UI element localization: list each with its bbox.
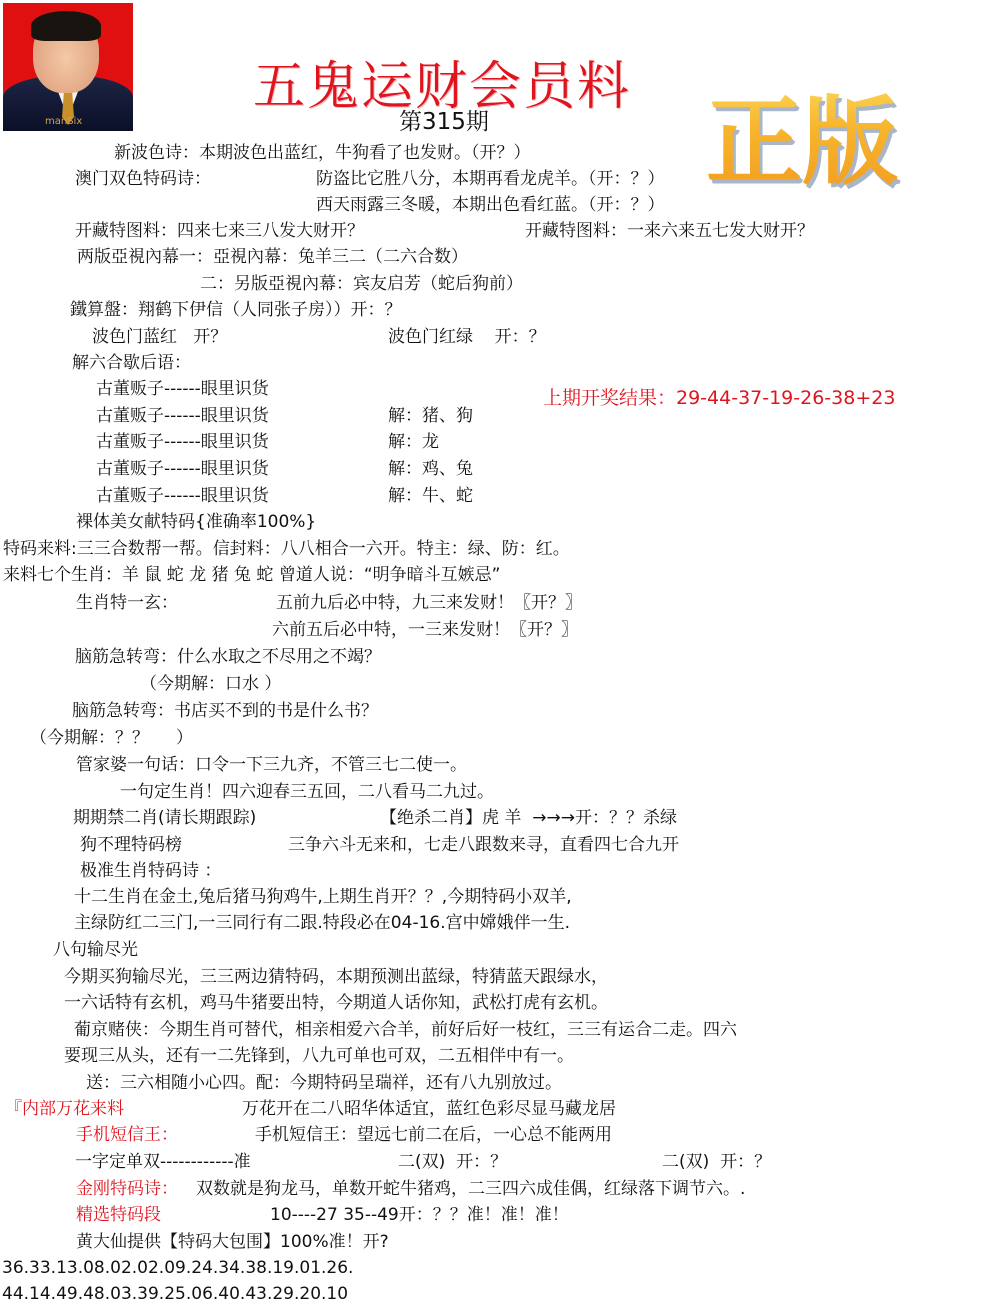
text-line: 古董贩子------眼里识货 bbox=[96, 488, 269, 505]
text-line: 解：猪、狗 bbox=[388, 408, 473, 425]
text-line: 脑筋急转弯：书店买不到的书是什么书？ bbox=[72, 703, 378, 720]
text-line: 二：另版亞視內幕：宾友启芳（蛇后狗前） bbox=[200, 276, 523, 293]
text-line: 特码来料:三三合数帮一帮。信封料：八八相合一六开。特主：绿、防：红。 bbox=[3, 541, 570, 558]
text-line: 二(双) 开：？ bbox=[398, 1154, 507, 1171]
text-line: 手机短信王： bbox=[76, 1127, 178, 1144]
text-line: 古董贩子------眼里识货 bbox=[96, 381, 269, 398]
text-line: 鐵算盤：翔鹤下伊信（人同张子房））开：？ bbox=[70, 302, 402, 319]
text-line: 手机短信王：望远七前二在后，一心总不能两用 bbox=[255, 1127, 612, 1144]
text-line: 极准生肖特码诗 ： bbox=[80, 863, 221, 880]
text-line: 主绿防红二三门,一三同行有二跟.特段必在04-16.宫中嫦娥伴一生. bbox=[74, 915, 570, 932]
text-line: 送：三六相随小心四。配：今期特码呈瑞祥，还有八九别放过。 bbox=[86, 1075, 562, 1092]
text-line: 三争六斗无来和，七走八跟数来寻，直看四七合九开 bbox=[288, 837, 679, 854]
text-line: 澳门双色特码诗： bbox=[75, 171, 211, 188]
text-line: 要现三从头，还有一二先锋到，八九可单也可双，二五相伴中有一。 bbox=[64, 1048, 574, 1065]
text-line: 一字定单双------------准 bbox=[75, 1154, 251, 1171]
text-line: 新波色诗：本期波色出蓝红，牛狗看了也发财。（开？） bbox=[114, 145, 531, 162]
text-line: 古董贩子------眼里识货 bbox=[96, 408, 269, 425]
text-line: 期期禁二肖(请长期跟踪) bbox=[73, 810, 256, 827]
text-line: 波色门蓝红 开？ bbox=[92, 329, 227, 346]
text-line: 万花开在二八昭华体适宜，蓝红色彩尽显马藏龙居 bbox=[242, 1101, 616, 1118]
text-line: 西天雨露三冬暖，本期出色看红蓝。（开：？） bbox=[316, 197, 665, 214]
text-line: 今期买狗输尽光，三三两边猜特码，本期预测出蓝绿，特猜蓝天跟绿水， bbox=[64, 969, 608, 986]
text-line: 开藏特图料：一来六来五七发大财开？ bbox=[525, 223, 814, 240]
text-line: 二(双) 开：？ bbox=[662, 1154, 771, 1171]
text-line: 两版亞視內幕一：亞視內幕：兔羊三二（二六合数） bbox=[77, 249, 468, 266]
text-line: 脑筋急转弯：什么水取之不尽用之不竭？ bbox=[75, 649, 381, 666]
text-line: 36.33.13.08.02.02.09.24.34.38.19.01.26. bbox=[2, 1260, 353, 1277]
text-line: 古董贩子------眼里识货 bbox=[96, 461, 269, 478]
text-line: 一六话特有玄机，鸡马牛猪要出特，今期道人话你知，武松打虎有玄机。 bbox=[64, 995, 608, 1012]
issue-number: 第315期 bbox=[399, 103, 489, 136]
text-line: 十二生肖在金土,兔后猪马狗鸡牛,上期生肖开？？,今期特码小双羊, bbox=[74, 889, 572, 906]
text-line: 『内部万花来料 bbox=[5, 1101, 124, 1118]
photo-watermark: manSix bbox=[45, 116, 82, 127]
text-line: 裸体美女献特码{准确率100%} bbox=[76, 514, 316, 531]
text-line: 精选特码段 bbox=[76, 1207, 161, 1224]
text-line: 五前九后必中特，九三来发财！〖开？〗 bbox=[276, 595, 582, 612]
text-line: 葡京赌侠：今期生肖可替代，相亲相爱六合羊，前好后好一枝红，三三有运合二走。四六 bbox=[74, 1022, 737, 1039]
text-line: 八句输尽光 bbox=[53, 942, 138, 959]
portrait-hair bbox=[31, 11, 101, 41]
text-line: 解六合歇后语： bbox=[72, 355, 191, 372]
text-line: 来料七个生肖：羊 鼠 蛇 龙 猪 兔 蛇 曾道人说：“明争暗斗互嫉忌” bbox=[3, 567, 500, 584]
text-line: （今期解：？？ ） bbox=[30, 730, 193, 747]
text-line: 管家婆一句话：口令一下三九齐，不管三七二使一。 bbox=[76, 757, 467, 774]
text-line: 生肖特一玄： bbox=[76, 595, 178, 612]
text-line: 开藏特图料：四来七来三八发大财开？ bbox=[75, 223, 364, 240]
portrait-photo: manSix bbox=[3, 3, 133, 131]
text-line: 解：牛、蛇 bbox=[388, 488, 473, 505]
text-line: 六前五后必中特，一三来发财！〖开？〗 bbox=[272, 622, 578, 639]
text-line: 10----27 35--49开：？？准！准！准！ bbox=[270, 1207, 569, 1224]
text-line: 解：鸡、兔 bbox=[388, 461, 473, 478]
text-line: 【绝杀二肖】虎 羊 →→→开：？？杀绿 bbox=[380, 810, 677, 827]
text-line: 黄大仙提供【特码大包围】100%准！开? bbox=[76, 1234, 389, 1251]
text-line: 解：龙 bbox=[388, 434, 439, 451]
authentic-badge: 正版 bbox=[706, 66, 898, 203]
last-draw-result: 上期开奖结果：29-44-37-19-26-38+23 bbox=[543, 383, 895, 410]
text-line: 狗不理特码榜 bbox=[80, 837, 182, 854]
text-line: 防盗比它胜八分，本期再看龙虎羊。（开：？） bbox=[316, 171, 665, 188]
text-line: 一句定生肖！四六迎春三五回，二八看马二九过。 bbox=[120, 784, 494, 801]
text-line: 古董贩子------眼里识货 bbox=[96, 434, 269, 451]
text-line: （今期解：口水 ） bbox=[140, 676, 281, 693]
text-line: 双数就是狗龙马，单数开蛇牛猪鸡，二三四六成佳偶，红绿落下调节六。. bbox=[196, 1181, 745, 1198]
text-line: 波色门红绿 开：？ bbox=[388, 329, 546, 346]
text-line: 金刚特码诗： bbox=[76, 1181, 178, 1198]
text-line: 44.14.49.48.03.39.25.06.40.43.29.20.10 bbox=[2, 1286, 348, 1303]
